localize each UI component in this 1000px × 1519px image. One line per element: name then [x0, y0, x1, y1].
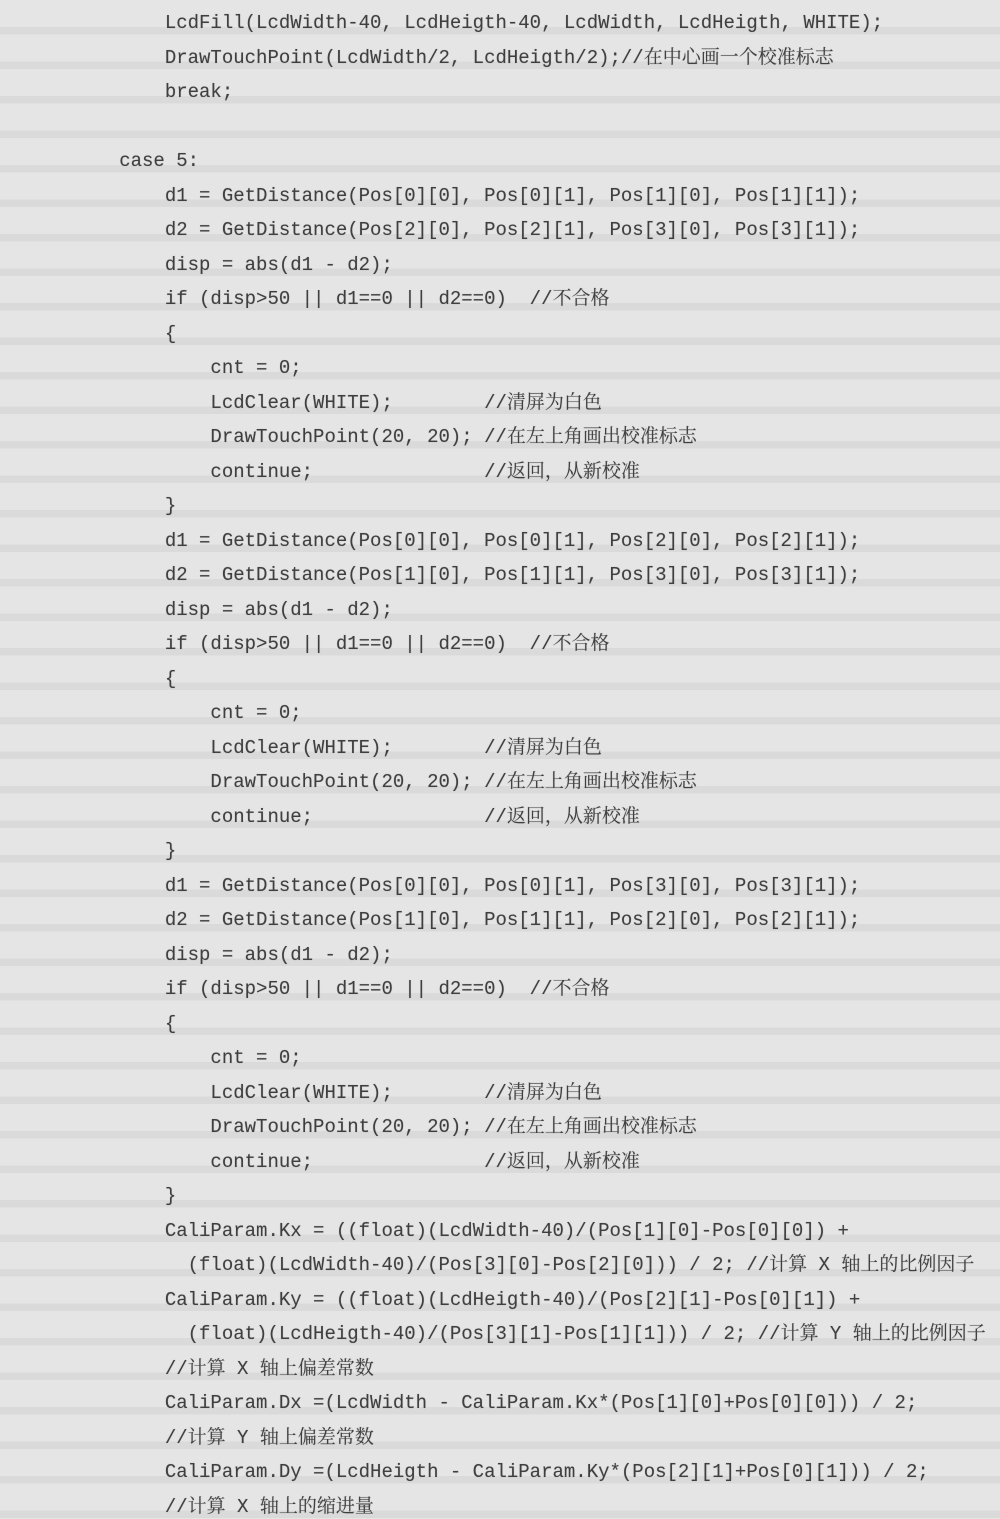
code-line: disp = abs(d1 - d2); — [28, 938, 1000, 973]
code-line: disp = abs(d1 - d2); — [28, 248, 1000, 283]
code-line: d1 = GetDistance(Pos[0][0], Pos[0][1], P… — [28, 869, 1000, 904]
code-line: //计算 X 轴上偏差常数 — [28, 1352, 1000, 1387]
code-line — [28, 110, 1000, 145]
code-line: disp = abs(d1 - d2); — [28, 593, 1000, 628]
code-line: { — [28, 317, 1000, 352]
code-line: LcdClear(WHITE); //清屏为白色 — [28, 1076, 1000, 1111]
code-line: if (disp>50 || d1==0 || d2==0) //不合格 — [28, 972, 1000, 1007]
code-line: } — [28, 489, 1000, 524]
code-line: if (disp>50 || d1==0 || d2==0) //不合格 — [28, 627, 1000, 662]
code-line: continue; //返回，从新校准 — [28, 1145, 1000, 1180]
code-line: } — [28, 834, 1000, 869]
code-line: CaliParam.Ky = ((float)(LcdHeigth-40)/(P… — [28, 1283, 1000, 1318]
code-line: DrawTouchPoint(LcdWidth/2, LcdHeigth/2);… — [28, 41, 1000, 76]
code-line: if (disp>50 || d1==0 || d2==0) //不合格 — [28, 282, 1000, 317]
code-line: LcdClear(WHITE); //清屏为白色 — [28, 386, 1000, 421]
code-line: DrawTouchPoint(20, 20); //在左上角画出校准标志 — [28, 765, 1000, 800]
code-line: } — [28, 1179, 1000, 1214]
code-line: LcdFill(LcdWidth-40, LcdHeigth-40, LcdWi… — [28, 6, 1000, 41]
code-line: CaliParam.Kx = ((float)(LcdWidth-40)/(Po… — [28, 1214, 1000, 1249]
code-line: //计算 Y 轴上偏差常数 — [28, 1421, 1000, 1456]
code-line: case 5: — [28, 144, 1000, 179]
code-line: d1 = GetDistance(Pos[0][0], Pos[0][1], P… — [28, 179, 1000, 214]
code-listing: LcdFill(LcdWidth-40, LcdHeigth-40, LcdWi… — [0, 0, 1000, 1519]
code-line: d2 = GetDistance(Pos[2][0], Pos[2][1], P… — [28, 213, 1000, 248]
code-line: break; — [28, 75, 1000, 110]
code-line: continue; //返回，从新校准 — [28, 800, 1000, 835]
code-line: d1 = GetDistance(Pos[0][0], Pos[0][1], P… — [28, 524, 1000, 559]
code-line: { — [28, 1007, 1000, 1042]
code-line: DrawTouchPoint(20, 20); //在左上角画出校准标志 — [28, 1110, 1000, 1145]
code-line: (float)(LcdHeigth-40)/(Pos[3][1]-Pos[1][… — [28, 1317, 1000, 1352]
code-line: LcdClear(WHITE); //清屏为白色 — [28, 731, 1000, 766]
code-line: cnt = 0; — [28, 351, 1000, 386]
code-line: d2 = GetDistance(Pos[1][0], Pos[1][1], P… — [28, 903, 1000, 938]
code-line: DrawTouchPoint(20, 20); //在左上角画出校准标志 — [28, 420, 1000, 455]
document-page: LcdFill(LcdWidth-40, LcdHeigth-40, LcdWi… — [0, 0, 1000, 1519]
code-line: (float)(LcdWidth-40)/(Pos[3][0]-Pos[2][0… — [28, 1248, 1000, 1283]
code-line: { — [28, 662, 1000, 697]
code-line: d2 = GetDistance(Pos[1][0], Pos[1][1], P… — [28, 558, 1000, 593]
code-line: cnt = 0; — [28, 1041, 1000, 1076]
code-line: continue; //返回，从新校准 — [28, 455, 1000, 490]
code-line: CaliParam.Dy =(LcdHeigth - CaliParam.Ky*… — [28, 1455, 1000, 1490]
code-line: CaliParam.Dx =(LcdWidth - CaliParam.Kx*(… — [28, 1386, 1000, 1421]
code-line: cnt = 0; — [28, 696, 1000, 731]
code-line: //计算 X 轴上的缩进量 — [28, 1490, 1000, 1519]
